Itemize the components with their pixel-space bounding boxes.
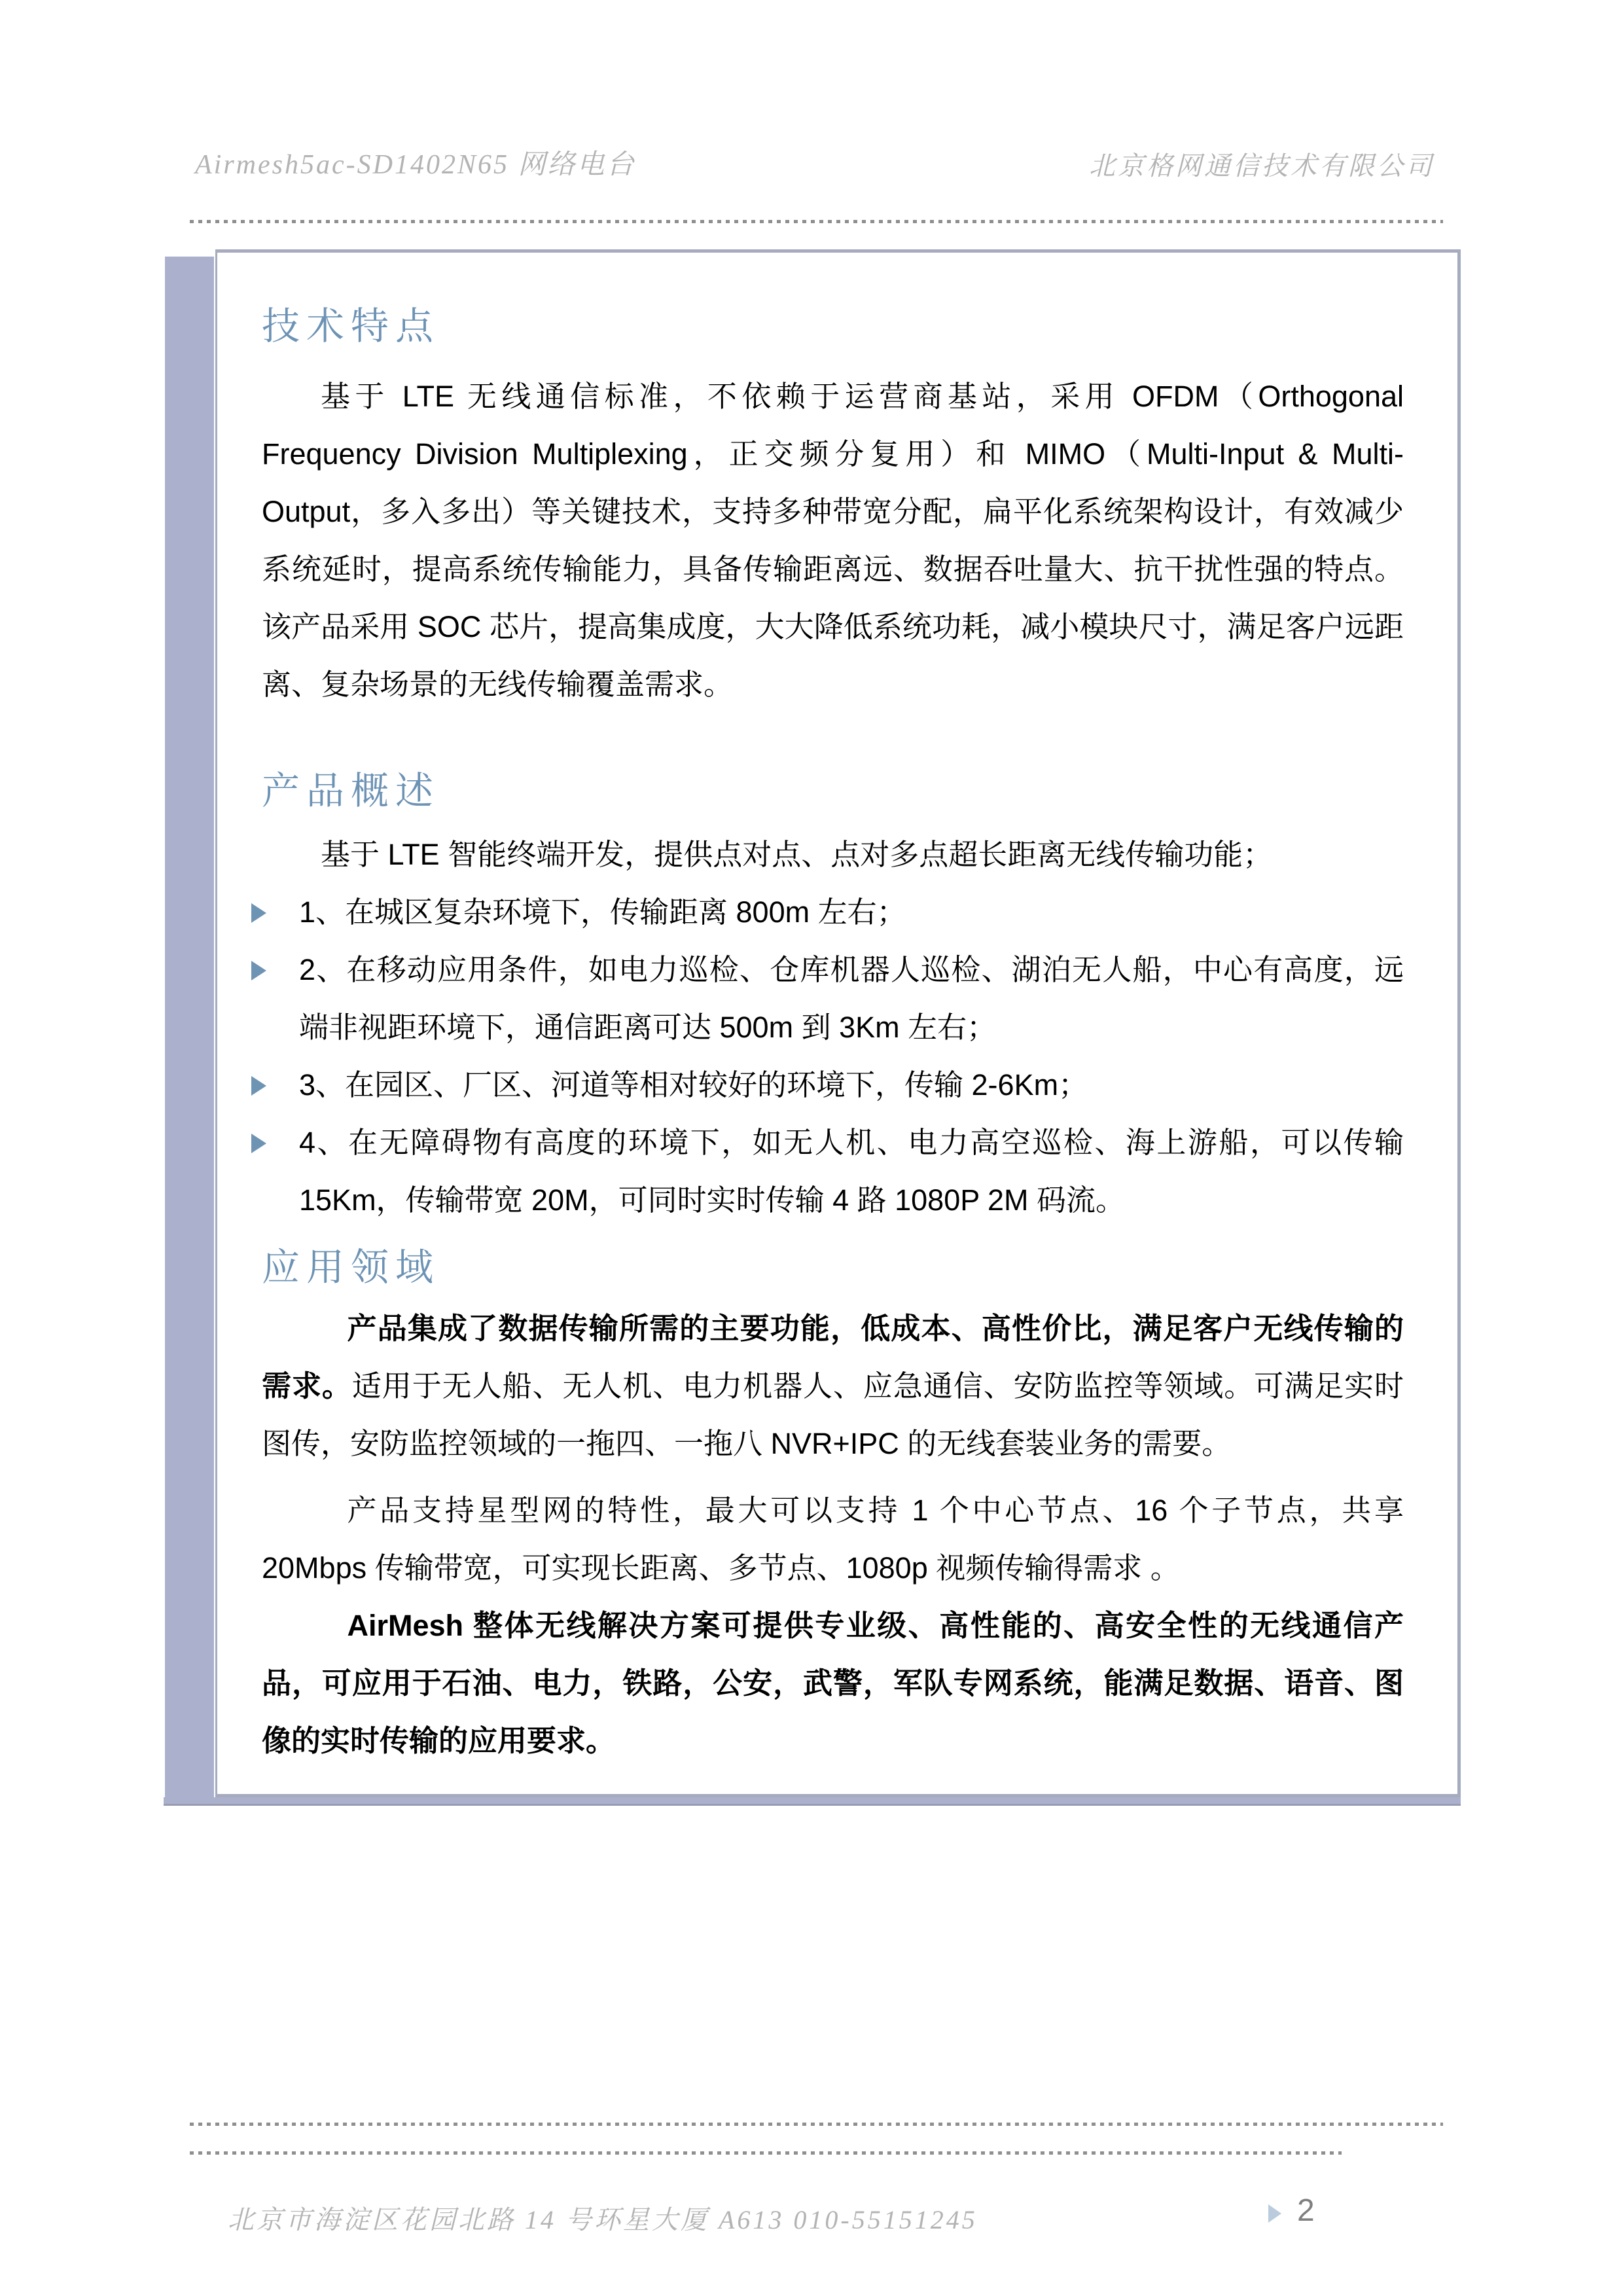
content-box: 技术特点 基于 LTE 无线通信标准，不依赖于运营商基站，采用 OFDM（Ort… — [215, 249, 1461, 1797]
application-paragraph-3: AirMesh 整体无线解决方案可提供专业级、高性能的、高安全性的无线通信产品，… — [262, 1597, 1404, 1770]
application-paragraph-1: 产品集成了数据传输所需的主要功能，低成本、高性价比，满足客户无线传输的需求。适用… — [262, 1300, 1404, 1473]
product-overview-intro: 基于 LTE 智能终端开发，提供点对点、点对多点超长距离无线传输功能； — [262, 826, 1404, 884]
bullet-arrow-icon — [251, 961, 266, 980]
bullet-arrow-icon — [251, 1076, 266, 1096]
list-item: 3、在园区、厂区、河道等相对较好的环境下，传输 2-6Km； — [262, 1056, 1404, 1114]
bullet-text: 3、在园区、厂区、河道等相对较好的环境下，传输 2-6Km； — [299, 1068, 1088, 1102]
header-company-name: 北京格网通信技术有限公司 — [1089, 145, 1435, 183]
text-segment: 产品支持星型网的特性，最大可以支持 1 个中心节点、16 个子节点，共享 20M… — [262, 1494, 1404, 1585]
page-number: 2 — [1297, 2193, 1315, 2229]
footer-dotted-divider-1 — [190, 2123, 1443, 2126]
bullet-text: 1、在城区复杂环境下，传输距离 800m 左右； — [299, 895, 906, 929]
page-number-arrow-icon — [1268, 2204, 1281, 2223]
tech-features-paragraph: 基于 LTE 无线通信标准，不依赖于运营商基站，采用 OFDM（Orthogon… — [262, 368, 1404, 713]
document-page: { "page": {"width": 2480, "height": 3508… — [0, 0, 1623, 2296]
header-doc-title: Airmesh5ac-SD1402N65 网络电台 — [195, 143, 635, 182]
section-title-application-areas: 应用领域 — [262, 1245, 1404, 1291]
bullet-arrow-icon — [251, 903, 266, 923]
list-item: 2、在移动应用条件，如电力巡检、仓库机器人巡检、湖泊无人船，中心有高度，远端非视… — [262, 941, 1404, 1056]
section-title-tech-features: 技术特点 — [262, 304, 1404, 350]
header-dotted-divider — [190, 220, 1443, 223]
section-title-product-overview: 产品概述 — [262, 768, 1404, 814]
bullet-text: 2、在移动应用条件，如电力巡检、仓库机器人巡检、湖泊无人船，中心有高度，远端非视… — [299, 953, 1404, 1044]
footer-address: 北京市海淀区花园北路 14 号环星大厦 A613 010-55151245 — [228, 2199, 978, 2236]
list-item: 1、在城区复杂环境下，传输距离 800m 左右； — [262, 884, 1404, 941]
text-segment: AirMesh 整体无线解决方案可提供专业级、高性能的、高安全性的无线通信产品，… — [262, 1609, 1404, 1757]
content-inner: 技术特点 基于 LTE 无线通信标准，不依赖于运营商基站，采用 OFDM（Ort… — [217, 253, 1457, 1770]
product-overview-bullet-list: 1、在城区复杂环境下，传输距离 800m 左右； 2、在移动应用条件，如电力巡检… — [262, 884, 1404, 1229]
bullet-arrow-icon — [251, 1134, 266, 1153]
application-paragraph-2: 产品支持星型网的特性，最大可以支持 1 个中心节点、16 个子节点，共享 20M… — [262, 1482, 1404, 1597]
content-box-bottom-strip — [164, 1797, 1461, 1806]
footer-dotted-divider-2 — [190, 2151, 1342, 2155]
left-accent-bar — [165, 257, 214, 1797]
bullet-text: 4、在无障碍物有高度的环境下，如无人机、电力高空巡检、海上游船，可以传输 15K… — [299, 1126, 1404, 1217]
list-item: 4、在无障碍物有高度的环境下，如无人机、电力高空巡检、海上游船，可以传输 15K… — [262, 1114, 1404, 1229]
text-segment: 适用于无人船、无人机、电力机器人、应急通信、安防监控等领域。可满足实时图传，安防… — [262, 1369, 1404, 1460]
